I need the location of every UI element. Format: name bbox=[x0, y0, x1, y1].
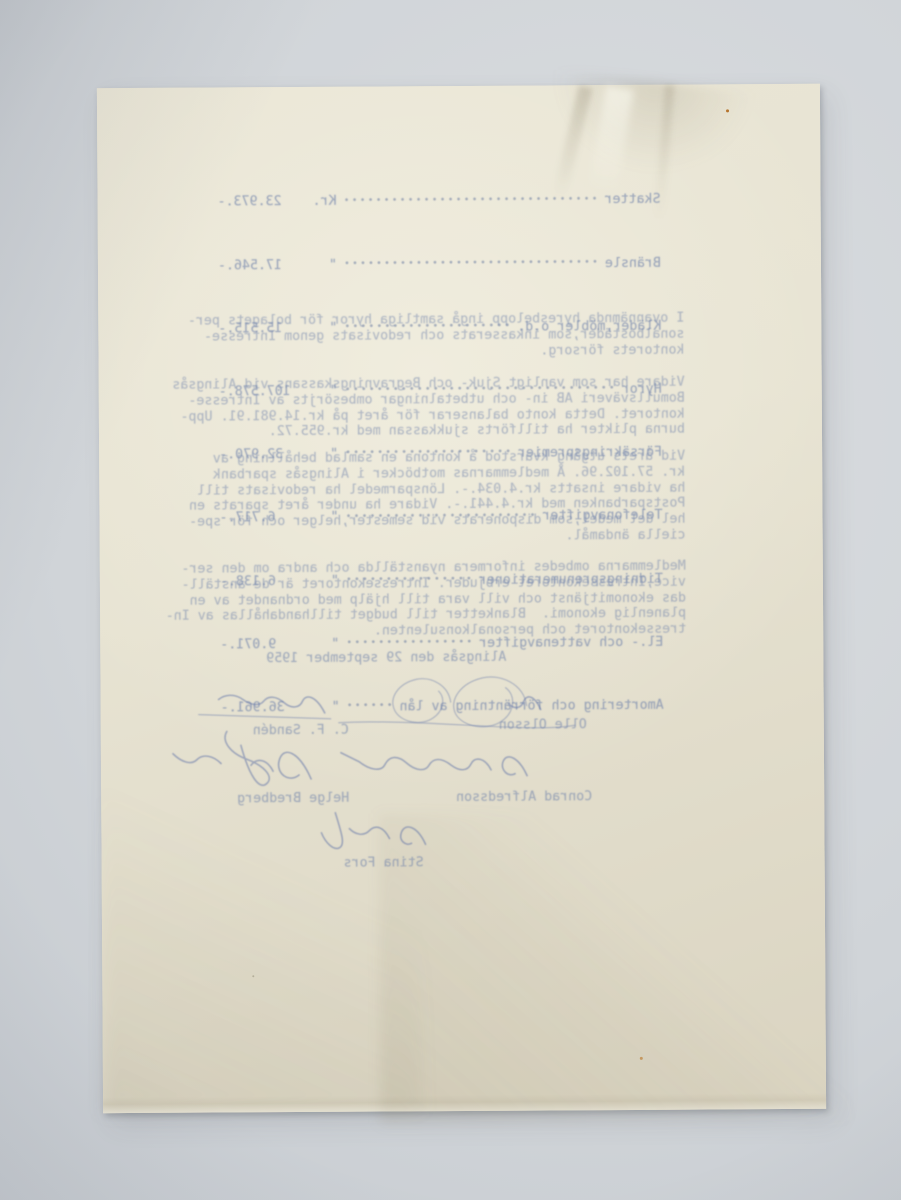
typed-name-olle-olsson: Olle Olsson bbox=[499, 717, 587, 733]
paragraph-balances: Vid årets utgång kvarstod å kontona en s… bbox=[189, 449, 686, 547]
signature-conrad-alfredsson bbox=[341, 752, 527, 777]
mirrored-bleedthrough-text: Skatter Kr. 23.973.- Bränsle " 17.546.- … bbox=[163, 85, 689, 1113]
expense-amount: 17.546.- bbox=[218, 257, 310, 273]
paper-sheet: Skatter Kr. 23.973.- Bränsle " 17.546.- … bbox=[97, 84, 826, 1113]
photo-background: Skatter Kr. 23.973.- Bränsle " 17.546.- … bbox=[0, 0, 901, 1200]
paragraph-service-info: Medlemmarna ombedes informera nyanställd… bbox=[165, 559, 686, 641]
signature-cf-sanden bbox=[199, 695, 331, 720]
typed-name-conrad-alfredsson: Conrad Alfredsson bbox=[456, 789, 592, 806]
currency-mark: " bbox=[310, 257, 337, 273]
typed-name-cf-sanden: C. F. Sandén bbox=[253, 723, 349, 739]
typed-name-stina-fors: Stina Fors bbox=[344, 855, 424, 871]
expense-row: Skatter Kr. 23.973.- bbox=[218, 187, 684, 206]
expense-row: Bränsle " 17.546.- bbox=[218, 250, 684, 269]
handwritten-signatures bbox=[166, 665, 687, 888]
expense-table: Skatter Kr. 23.973.- Bränsle " 17.546.- … bbox=[217, 156, 686, 728]
typed-name-helge-bredberg: Helge Bredberg bbox=[237, 791, 349, 807]
paper-speck bbox=[726, 109, 729, 112]
currency-mark: Kr. bbox=[310, 194, 337, 210]
expense-amount: 23.973.- bbox=[218, 194, 310, 210]
date-line: Alingsås den 29 september 1959 bbox=[266, 650, 506, 667]
expense-label: Skatter bbox=[604, 192, 683, 208]
dot-leader bbox=[342, 251, 598, 268]
paragraph-sick-fund: Vidare har som vanligt Sjuk- och Begravn… bbox=[172, 375, 685, 441]
dot-leader bbox=[341, 188, 597, 205]
signature-helge-bredberg bbox=[173, 731, 311, 786]
signature-stina-fors bbox=[321, 812, 425, 848]
expense-label: Bränsle bbox=[605, 255, 684, 271]
paragraph-rents: I ovannämnda hyresbelopp ingå samtliga h… bbox=[188, 311, 685, 361]
